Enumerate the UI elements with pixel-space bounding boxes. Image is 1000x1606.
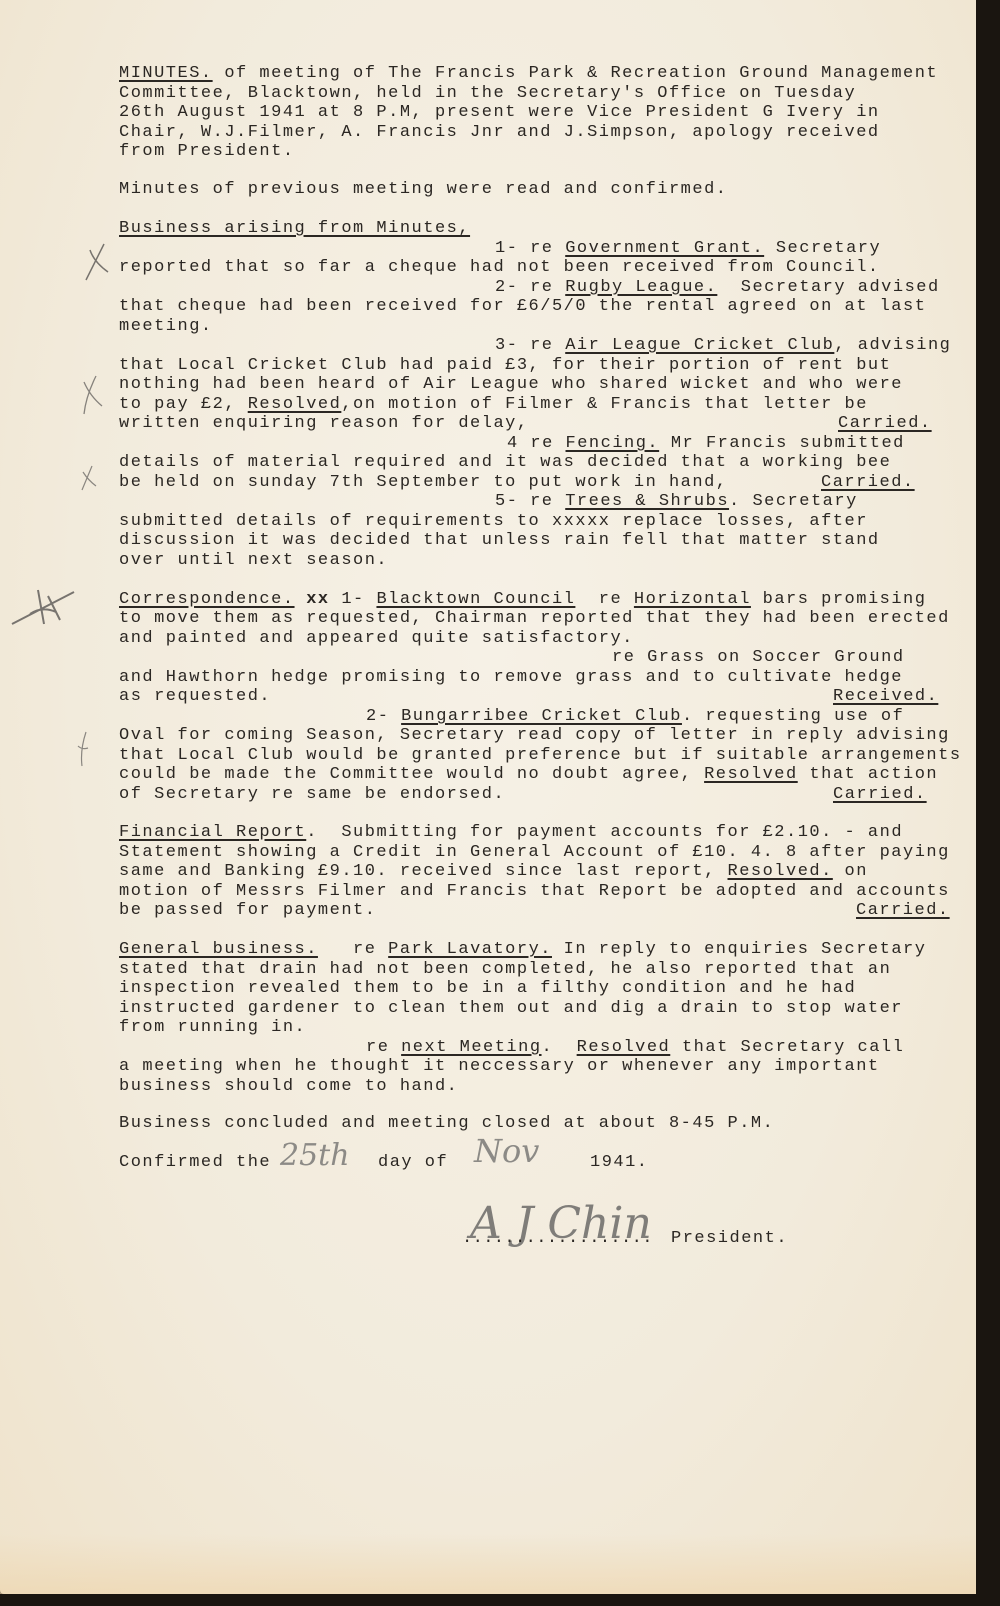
item-2-subject: Rugby League. (565, 278, 717, 297)
minutes-title: MINUTES. (119, 64, 213, 83)
financial-line-4: motion of Messrs Filmer and Francis that… (119, 882, 950, 901)
general-line-2: stated that drain had not been completed… (119, 960, 891, 979)
next-meeting-line-2: business should come to hand. (119, 1077, 458, 1096)
next-meeting-line-1: a meeting when he thought it neccessary … (119, 1057, 880, 1076)
business-arising-heading: Business arising from Minutes, (119, 219, 470, 238)
item-3-outcome: Carried. (838, 414, 932, 433)
strikeout-mark: xx (306, 590, 329, 609)
item-5-line-1: submitted details of requirements to xxx… (119, 512, 868, 531)
header-line-5: from President. (119, 142, 295, 161)
item-2-lead: 2- re Rugby League. Secretary advised (495, 278, 940, 297)
financial-line-2: Statement showing a Credit in General Ac… (119, 843, 950, 862)
closing-line: Business concluded and meeting closed at… (119, 1114, 774, 1133)
item-1-subject: Government Grant. (565, 239, 764, 258)
margin-star-icon (8, 584, 78, 628)
financial-line-3: same and Banking £9.10. received since l… (119, 862, 868, 881)
item-2-line-2: meeting. (119, 317, 213, 336)
item-3-line-3: to pay £2, Resolved,on motion of Filmer … (119, 395, 868, 414)
header-line-4: Chair, W.J.Filmer, A. Francis Jnr and J.… (119, 123, 880, 142)
item-3-line-4: written enquiring reason for delay, (119, 414, 529, 433)
header-line-3: 26th August 1941 at 8 P.M, present were … (119, 103, 880, 122)
handwritten-day: 25th (280, 1138, 350, 1173)
item-3-line-1: that Local Cricket Club had paid £3, for… (119, 356, 891, 375)
handwritten-month: Nov (474, 1132, 539, 1170)
general-line-4: instructed gardener to clean them out an… (119, 999, 903, 1018)
item-4-line-2: be held on sunday 7th September to put w… (119, 473, 728, 492)
item-4-line-1: details of material required and it was … (119, 453, 891, 472)
confirmation-prefix: Confirmed the (119, 1153, 283, 1172)
item-1-lead: 1- re Government Grant. Secretary (495, 239, 881, 258)
item-4-subject: Fencing. (566, 434, 660, 453)
signature-dots: .................. (462, 1229, 653, 1248)
correspondence-2-line-2: that Local Club would be granted prefere… (119, 746, 962, 765)
item-3-lead: 3- re Air League Cricket Club, advising (495, 336, 951, 355)
financial-outcome: Carried. (856, 901, 950, 920)
president-label: President. (671, 1229, 788, 1248)
item-2-line-1: that cheque had been received for £6/5/0… (119, 297, 926, 316)
correspondence-2-line-4: of Secretary re same be endorsed. (119, 785, 505, 804)
item-4-outcome: Carried. (821, 473, 915, 492)
correspondence-heading: Correspondence. (119, 590, 295, 609)
financial-heading: Financial Report (119, 823, 306, 842)
correspondence-line-1: Correspondence. xx 1- Blacktown Council … (119, 590, 926, 609)
correspondence-2-lead: 2- Bungarribee Cricket Club. requesting … (366, 707, 904, 726)
margin-tick-icon (74, 730, 92, 768)
correspondence-1-sub-lead: re Grass on Soccer Ground (612, 648, 905, 667)
correspondence-1-outcome: Received. (833, 687, 938, 706)
previous-minutes-line: Minutes of previous meeting were read an… (119, 180, 728, 199)
financial-line-5: be passed for payment. (119, 901, 376, 920)
item-5-lead: 5- re Trees & Shrubs. Secretary (495, 492, 858, 511)
general-line-5: from running in. (119, 1018, 306, 1037)
margin-tick-icon (82, 240, 112, 282)
correspondence-2-line-3: could be made the Committee would no dou… (119, 765, 938, 784)
item-3-line-2: nothing had been heard of Air League who… (119, 375, 903, 394)
item-1-line: reported that so far a cheque had not be… (119, 258, 880, 277)
header-line-1: MINUTES. of meeting of The Francis Park … (119, 64, 938, 83)
correspondence-1-line-3: and painted and appeared quite satisfact… (119, 629, 634, 648)
correspondence-1-line-2: to move them as requested, Chairman repo… (119, 609, 950, 628)
correspondence-1-sub-last: as requested. (119, 687, 271, 706)
next-meeting-lead: re next Meeting. Resolved that Secretary… (366, 1038, 904, 1057)
general-heading: General business. (119, 940, 318, 959)
item-3-subject: Air League Cricket Club (565, 336, 834, 355)
item-5-line-3: over until next season. (119, 551, 388, 570)
item-5-subject: Trees & Shrubs (565, 492, 729, 511)
correspondence-2-outcome: Carried. (833, 785, 927, 804)
correspondence-1-sub-line: and Hawthorn hedge promising to remove g… (119, 668, 903, 687)
confirmation-middle: day of (378, 1153, 448, 1172)
document-page: MINUTES. of meeting of The Francis Park … (0, 0, 976, 1594)
correspondence-2-line-1: Oval for coming Season, Secretary read c… (119, 726, 950, 745)
margin-tick-icon (78, 462, 102, 492)
general-line-1: General business. re Park Lavatory. In r… (119, 940, 926, 959)
item-5-line-2: discussion it was decided that unless ra… (119, 531, 880, 550)
margin-tick-icon (78, 372, 108, 416)
header-line-2: Committee, Blacktown, held in the Secret… (119, 84, 856, 103)
general-line-3: inspection revealed them to be in a filt… (119, 979, 856, 998)
financial-line-1: Financial Report. Submitting for payment… (119, 823, 903, 842)
confirmation-year: 1941. (590, 1153, 649, 1172)
item-4-lead: 4 re Fencing. Mr Francis submitted (507, 434, 905, 453)
